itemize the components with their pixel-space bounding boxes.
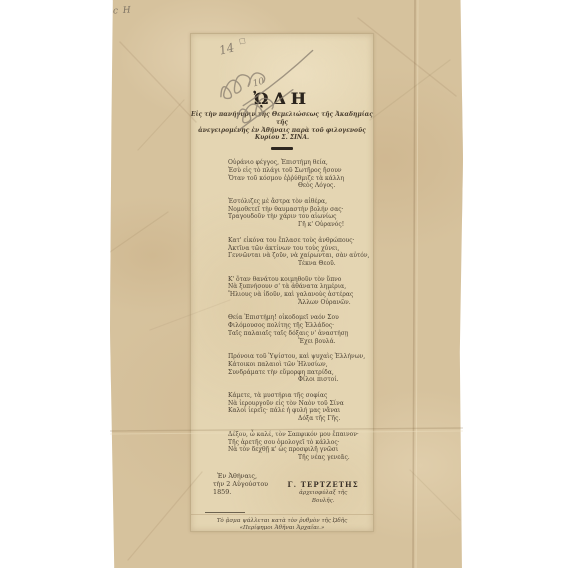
poem-line: Νὰ τὸν δεχθῇ κ' ὡς προσφιλῆ γνῶσι — [228, 446, 373, 454]
stanza: Κ' ὅταν θανάτου κοιμηθοῦν τὸν ὕπνοΝὰ ξυπ… — [228, 276, 373, 307]
subtitle-line: Κυρίου Σ. ΣΙΝΑ. — [191, 134, 373, 142]
closing-block: Ἐν Ἀθήναις, τὴν 2 Αὐγούστου 1859. Γ. ΤΕΡ… — [191, 470, 373, 505]
poem-line: Ἔχει βουλά. — [298, 338, 373, 346]
poem-line: Θεὸς Λόγος. — [298, 182, 373, 190]
poem-line: Τέκνα Θεοῦ. — [298, 260, 373, 268]
poem-line: Συνδράματε τὴν εὔμορφη πατρίδα, — [228, 369, 373, 377]
poem-line: Ἐσὺ εἰς τὸ πλάγι τοῦ Σωτῆρος ἤσουν — [228, 167, 373, 175]
poem-line: Κατ' εἰκόνα του ἔπλασε τοὺς ἀνθρώπους· — [228, 237, 373, 245]
dateline: Ἐν Ἀθήναις, τὴν 2 Αὐγούστου 1859. — [213, 472, 287, 496]
poem-line: Δέξου, ὦ καλέ, τὸν Σαπφικόν μου ἔπαινον· — [228, 431, 373, 439]
poem-line: Νομοθετεῖ τὴν θαυμαστὴν βολήν σας· — [228, 206, 373, 214]
poem-line: Τῆς ἀρετῆς σου ὁμολογεῖ τὸ κάλλος· — [228, 439, 373, 447]
author-title: ἀρχειοφύλαξ τῆς Βουλῆς. — [287, 489, 359, 505]
stanza: Πρόνοια τοῦ Ὑψίστου, καὶ ψυχαὶς Ἑλλήνων,… — [228, 353, 373, 384]
poem-line: Ὅταν τοῦ κόσμου ἐῤῥύθμιζε τὰ κάλλη — [228, 175, 373, 183]
poem-line: Ἀκτῖνα τῶν ἀκτίνων του τοὺς χύνει, — [228, 245, 373, 253]
poem-line: Φίλοι πιστοί. — [298, 376, 373, 384]
divider-ornament — [271, 147, 293, 150]
poem-line: Οὐράνιο φέγγος, Ἐπιστήμη θεία, — [228, 159, 373, 167]
poem-line: Γεννῶνται νὰ ζοῦν, νὰ χαίρωνται, σὰν αὐτ… — [228, 252, 373, 260]
footnote-rule — [205, 512, 245, 513]
footnote-line: Τὸ ᾷσμα ψάλλεται κατὰ τὸν ῥυθμὸν τῆς ᾨδῆ… — [191, 518, 373, 525]
stanza: Κάμετε, τὰ μυστήρια τῆς σοφίαςΝὰ ἱερουργ… — [228, 392, 373, 423]
poem: Οὐράνιο φέγγος, Ἐπιστήμη θεία,Ἐσὺ εἰς τὸ… — [191, 159, 373, 462]
subtitle-line: Εἰς τὴν πανήγυριν τῆς Θεμελιώσεως τῆς Ἀκ… — [191, 111, 373, 127]
photo-canvas: c H 14 □ 10 ᾨΔΗ Εἰς τὴν πανήγυριν τῆς Θε… — [0, 0, 568, 568]
stanza: Κατ' εἰκόνα του ἔπλασε τοὺς ἀνθρώπους·Ἀκ… — [228, 237, 373, 268]
stanza: Οὐράνιο φέγγος, Ἐπιστήμη θεία,Ἐσὺ εἰς τὸ… — [228, 159, 373, 190]
poem-line: Νὰ ξυπνήσουν σ' τὰ ἀθάνατα λημέρια, — [228, 283, 373, 291]
poem-line: Κάμετε, τὰ μυστήρια τῆς σοφίας — [228, 392, 373, 400]
poem-line: Ἐστόλιζες μὲ ἄστρα τὸν αἰθέρα, — [228, 198, 373, 206]
poem-line: Φιλόμουσος πολίτης τῆς Ἑλλάδος· — [228, 322, 373, 330]
poem-line: Πρόνοια τοῦ Ὑψίστου, καὶ ψυχαὶς Ἑλλήνων, — [228, 353, 373, 361]
pencil-corner-mark: c H — [113, 5, 132, 16]
footnote-line: «Περίφημοι Ἀθῆναι Ἀρχαῖαι.» — [191, 525, 373, 532]
folded-sheet: c H 14 □ 10 ᾨΔΗ Εἰς τὴν πανήγυριν τῆς Θε… — [110, 0, 463, 568]
poem-line: Κ' ὅταν θανάτου κοιμηθοῦν τὸν ὕπνο — [228, 276, 373, 284]
author-name: Γ. ΤΕΡΤΖΕΤΗΣ — [287, 481, 359, 489]
ode-subtitle: Εἰς τὴν πανήγυριν τῆς Θεμελιώσεως τῆς Ἀκ… — [191, 111, 373, 142]
footnote: Τὸ ᾷσμα ψάλλεται κατὰ τὸν ῥυθμὸν τῆς ᾨδῆ… — [191, 518, 373, 533]
poem-line: Νὰ ἱερουργοῦν εἰς τὸν Ναὸν τοῦ Σίνα — [228, 400, 373, 408]
signature-block: Γ. ΤΕΡΤΖΕΤΗΣ ἀρχειοφύλαξ τῆς Βουλῆς. — [287, 481, 359, 505]
dateline-date: τὴν 2 Αὐγούστου 1859. — [213, 480, 287, 496]
poem-line: Ἄλλων Οὐρανῶν. — [298, 299, 373, 307]
stanza: Δέξου, ὦ καλέ, τὸν Σαπφικόν μου ἔπαινον·… — [228, 431, 373, 462]
dateline-place: Ἐν Ἀθήναις, — [217, 472, 287, 480]
printed-broadside: 14 □ 10 ᾨΔΗ Εἰς τὴν πανήγυριν τῆς Θεμελι… — [190, 33, 374, 532]
pencil-number-secondary: 10 — [252, 77, 266, 90]
poem-line: Γῆ κ' Οὐρανός! — [298, 221, 373, 229]
stanza: Θεία Ἐπιστήμη! οἰκοδομεῖ ναόν ΣουΦιλόμου… — [228, 314, 373, 345]
poem-line: Θεία Ἐπιστήμη! οἰκοδομεῖ ναόν Σου — [228, 314, 373, 322]
poem-line: Τῆς νέας γενεᾶς. — [298, 454, 373, 462]
poem-line: Ἥλιους νὰ ἰδοῦν, καὶ γαλανοὺς ἀστέρας — [228, 291, 373, 299]
poem-line: Ταῖς παλαιαῖς ταῖς δόξαις ν' ἀναστήσῃ — [228, 330, 373, 338]
ode-title: ᾨΔΗ — [191, 90, 373, 108]
subtitle-line: ἀνεγειρομένης ἐν Ἀθήναις παρὰ τοῦ φιλογε… — [191, 127, 373, 135]
poem-line: Κάτοικοι παλαιοὶ τῶν Ἠλυσίων, — [228, 361, 373, 369]
stanza: Ἐστόλιζες μὲ ἄστρα τὸν αἰθέρα,Νομοθετεῖ … — [228, 198, 373, 229]
poem-line: Καλοὶ ἱερεῖς· πάλε ἡ φυλή μας νἄναι — [228, 407, 373, 415]
poem-line: Δόξα τῆς Γῆς. — [298, 415, 373, 423]
poem-line: Τραγουδοῦν τὴν χάριν του αἰωνίως — [228, 213, 373, 221]
pencil-number: 14 — [218, 40, 236, 57]
pencil-square-mark: □ — [238, 36, 246, 45]
